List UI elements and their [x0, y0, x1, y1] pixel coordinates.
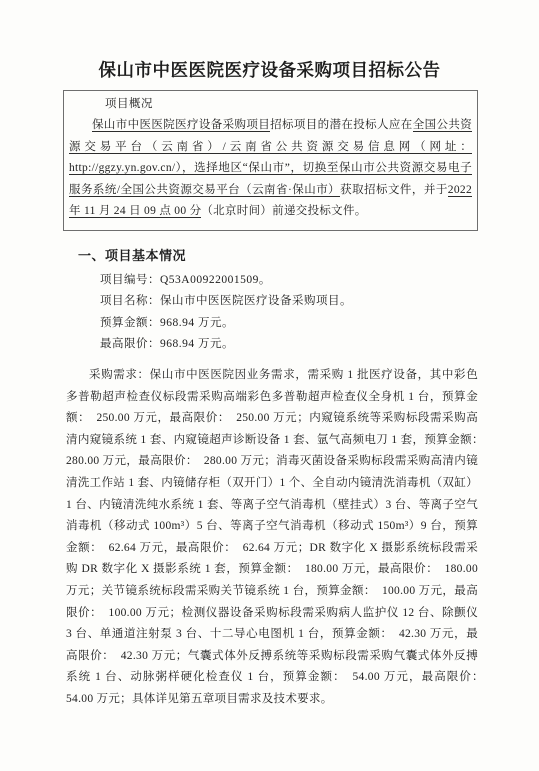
field-project-number: 项目编号：Q53A00922001509。: [100, 270, 477, 292]
field-value: 968.94 万元。: [160, 338, 234, 350]
field-label: 预算金额：: [100, 317, 160, 329]
page-title: 保山市中医医院医疗设备采购项目招标公告: [0, 0, 539, 82]
field-value: 968.94 万元。: [160, 317, 234, 329]
field-label: 最高限价：: [100, 338, 160, 350]
section-heading-basic-info: 一、项目基本情况: [78, 245, 477, 266]
overview-text-2: 获取招标文件，并于: [340, 184, 448, 196]
overview-text-1: 招标项目的潜在投标人应在: [270, 119, 413, 131]
field-max-price: 最高限价：968.94 万元。: [100, 334, 477, 356]
basic-info-list: 项目编号：Q53A00922001509。 项目名称：保山市中医医院医疗设备采购…: [100, 270, 477, 356]
overview-text-3: （北京时间）前递交投标文件。: [201, 205, 366, 217]
procurement-requirements: 采购需求：保山市中医医院因业务需求，需采购 1 批医疗设备，其中彩色多普勒超声检…: [66, 365, 478, 711]
field-project-name: 项目名称：保山市中医医院医疗设备采购项目。: [100, 291, 477, 313]
overview-paragraph: 保山市中医医院医疗设备采购项目招标项目的潜在投标人应在全国公共资源交易平台（云南…: [69, 115, 472, 223]
field-label: 项目名称：: [100, 295, 160, 307]
field-value: Q53A00922001509。: [160, 274, 271, 286]
tender-project-name: 保山市中医医院医疗设备采购项目: [92, 119, 270, 132]
field-budget-amount: 预算金额：968.94 万元。: [100, 313, 477, 335]
project-overview-box: 项目概况 保山市中医医院医疗设备采购项目招标项目的潜在投标人应在全国公共资源交易…: [63, 90, 478, 231]
document-page: 保山市中医医院医疗设备采购项目招标公告 项目概况 保山市中医医院医疗设备采购项目…: [0, 0, 539, 771]
overview-label: 项目概况: [69, 94, 472, 115]
field-value: 保山市中医医院医疗设备采购项目。: [160, 295, 352, 307]
field-label: 项目编号：: [100, 274, 160, 286]
